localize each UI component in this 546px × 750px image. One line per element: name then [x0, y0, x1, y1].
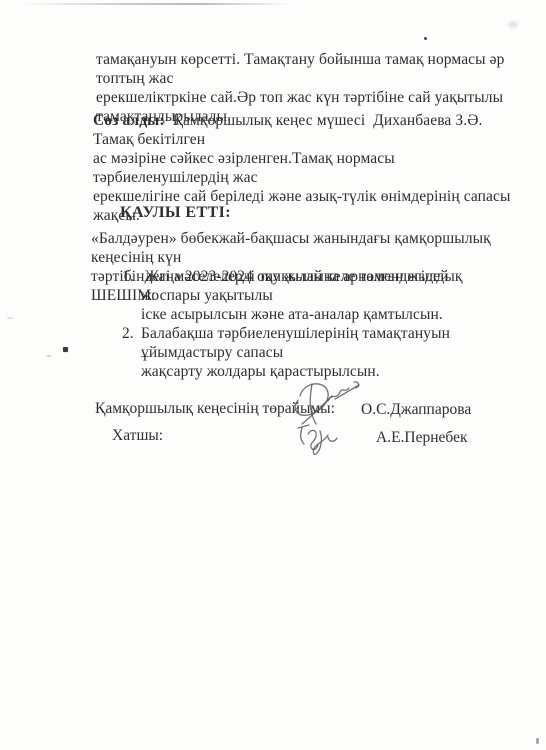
signature-secretary — [296, 418, 344, 458]
paragraph-line: ас мәзіріне сәйкес әзірленген.Тамақ норм… — [93, 149, 523, 187]
paragraph-line: «Балдәурен» бөбекжай-бақшасы жанындағы қ… — [91, 229, 521, 267]
scan-artifact-dot — [63, 347, 68, 352]
decision-list: 1. Жаңа 2023-2024 оқу жылына арналған жы… — [122, 267, 522, 381]
scan-edge-line — [20, 3, 292, 5]
decision-heading: ҚАУЛЫ ЕТТІ: — [120, 203, 231, 222]
scan-artifact-dot — [424, 37, 427, 40]
speech-label: Сөз алды: — [93, 112, 165, 129]
list-item-text: Жаңа 2023-2024 оқу жылына арналған жылды… — [141, 267, 522, 324]
list-item: 1. Жаңа 2023-2024 оқу жылына арналған жы… — [122, 267, 522, 324]
scanned-document-page: тамақануын көрсетті. Тамақтану бойынша т… — [0, 0, 546, 750]
scan-artifact-mark — [7, 317, 13, 319]
list-item-text: Балабақша тәрбиеленушілерінің тамақтануы… — [141, 324, 522, 381]
scan-artifact-mark — [46, 355, 52, 357]
signature-name-secretary: А.Е.Пернебек — [376, 428, 468, 447]
signature-role-secretary: Хатшы: — [112, 426, 163, 445]
scan-artifact-smudge — [508, 21, 518, 28]
list-item: 2. Балабақша тәрбиеленушілерінің тамақта… — [122, 324, 522, 381]
signature-name-chairwoman: О.С.Джаппарова — [361, 400, 471, 419]
paragraph-line: ерекшеліктркіне сай.Әр топ жас күн тәрті… — [96, 88, 520, 107]
paragraph-line: тамақануын көрсетті. Тамақтану бойынша т… — [96, 50, 520, 88]
paragraph-line: Сөз алды: Қамқоршылық кеңес мүшесі Дихан… — [93, 111, 523, 149]
list-item-number: 1. — [122, 267, 141, 324]
list-item-number: 2. — [122, 324, 141, 381]
scan-artifact-tick — [536, 738, 539, 744]
